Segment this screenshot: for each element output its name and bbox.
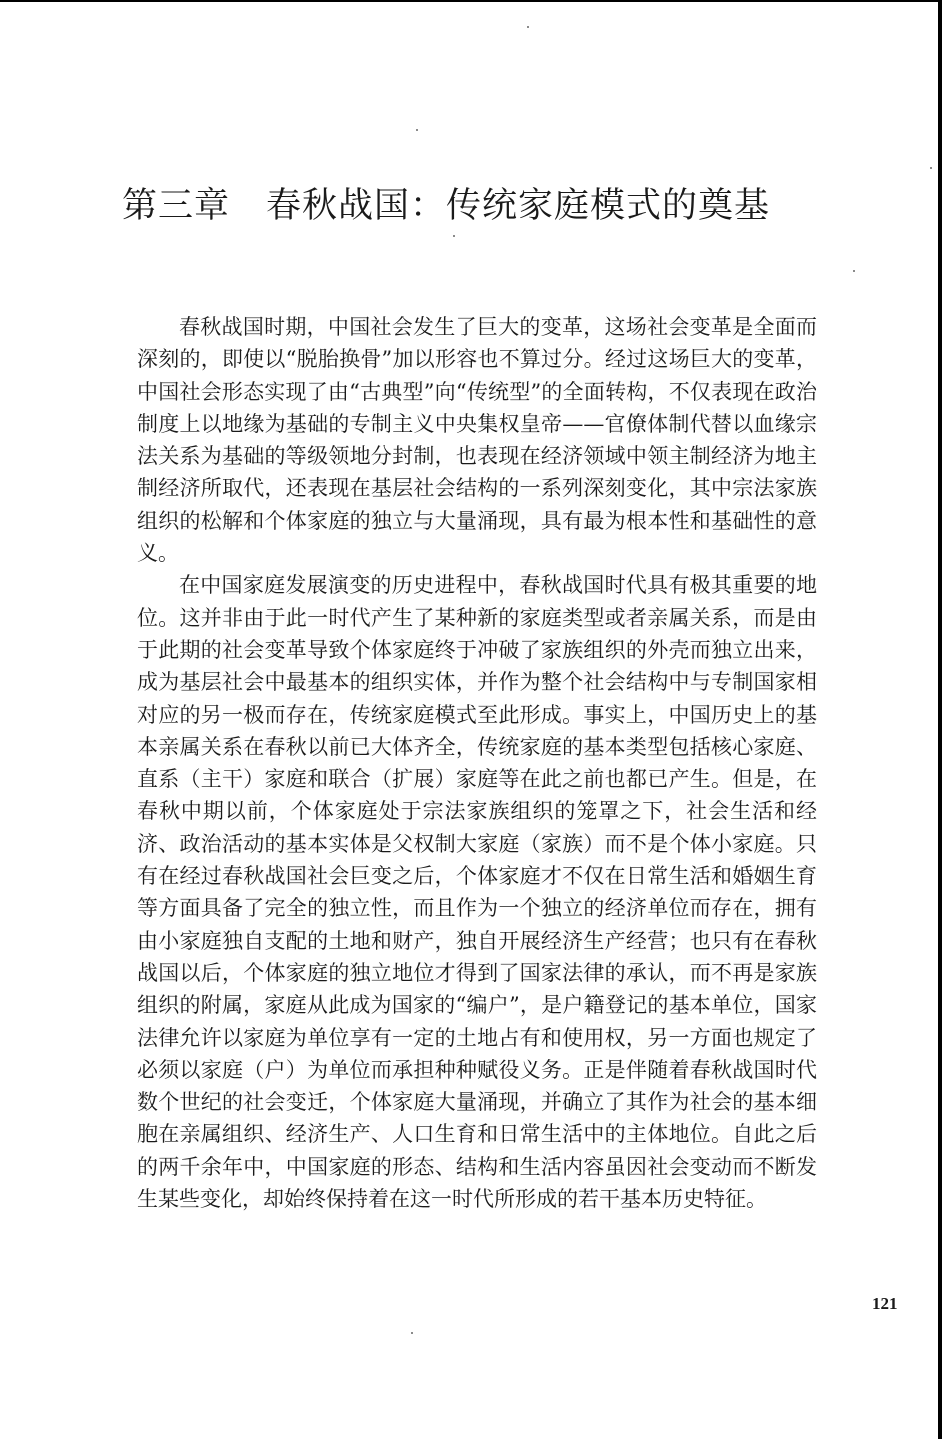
paragraph: 在中国家庭发展演变的历史进程中，春秋战国时代具有极其重要的地位。这并非由于此一时…: [137, 569, 817, 1215]
scan-speck: [416, 129, 418, 131]
chapter-heading: 第三章春秋战国：传统家庭模式的奠基: [122, 178, 770, 228]
scan-speck: [930, 167, 932, 169]
scan-speck: [853, 270, 855, 272]
book-page: 第三章春秋战国：传统家庭模式的奠基 春秋战国时期，中国社会发生了巨大的变革，这场…: [0, 0, 942, 1439]
chapter-title: 春秋战国：传统家庭模式的奠基: [266, 186, 770, 226]
scan-speck: [453, 235, 455, 237]
page-number: 121: [872, 1294, 898, 1314]
paragraph: 春秋战国时期，中国社会发生了巨大的变革，这场社会变革是全面而深刻的，即使以“脱胎…: [137, 311, 817, 569]
scan-speck: [411, 1332, 413, 1334]
scan-speck: [527, 26, 529, 28]
chapter-body: 春秋战国时期，中国社会发生了巨大的变革，这场社会变革是全面而深刻的，即使以“脱胎…: [137, 311, 817, 1215]
chapter-number: 第三章: [122, 186, 230, 226]
